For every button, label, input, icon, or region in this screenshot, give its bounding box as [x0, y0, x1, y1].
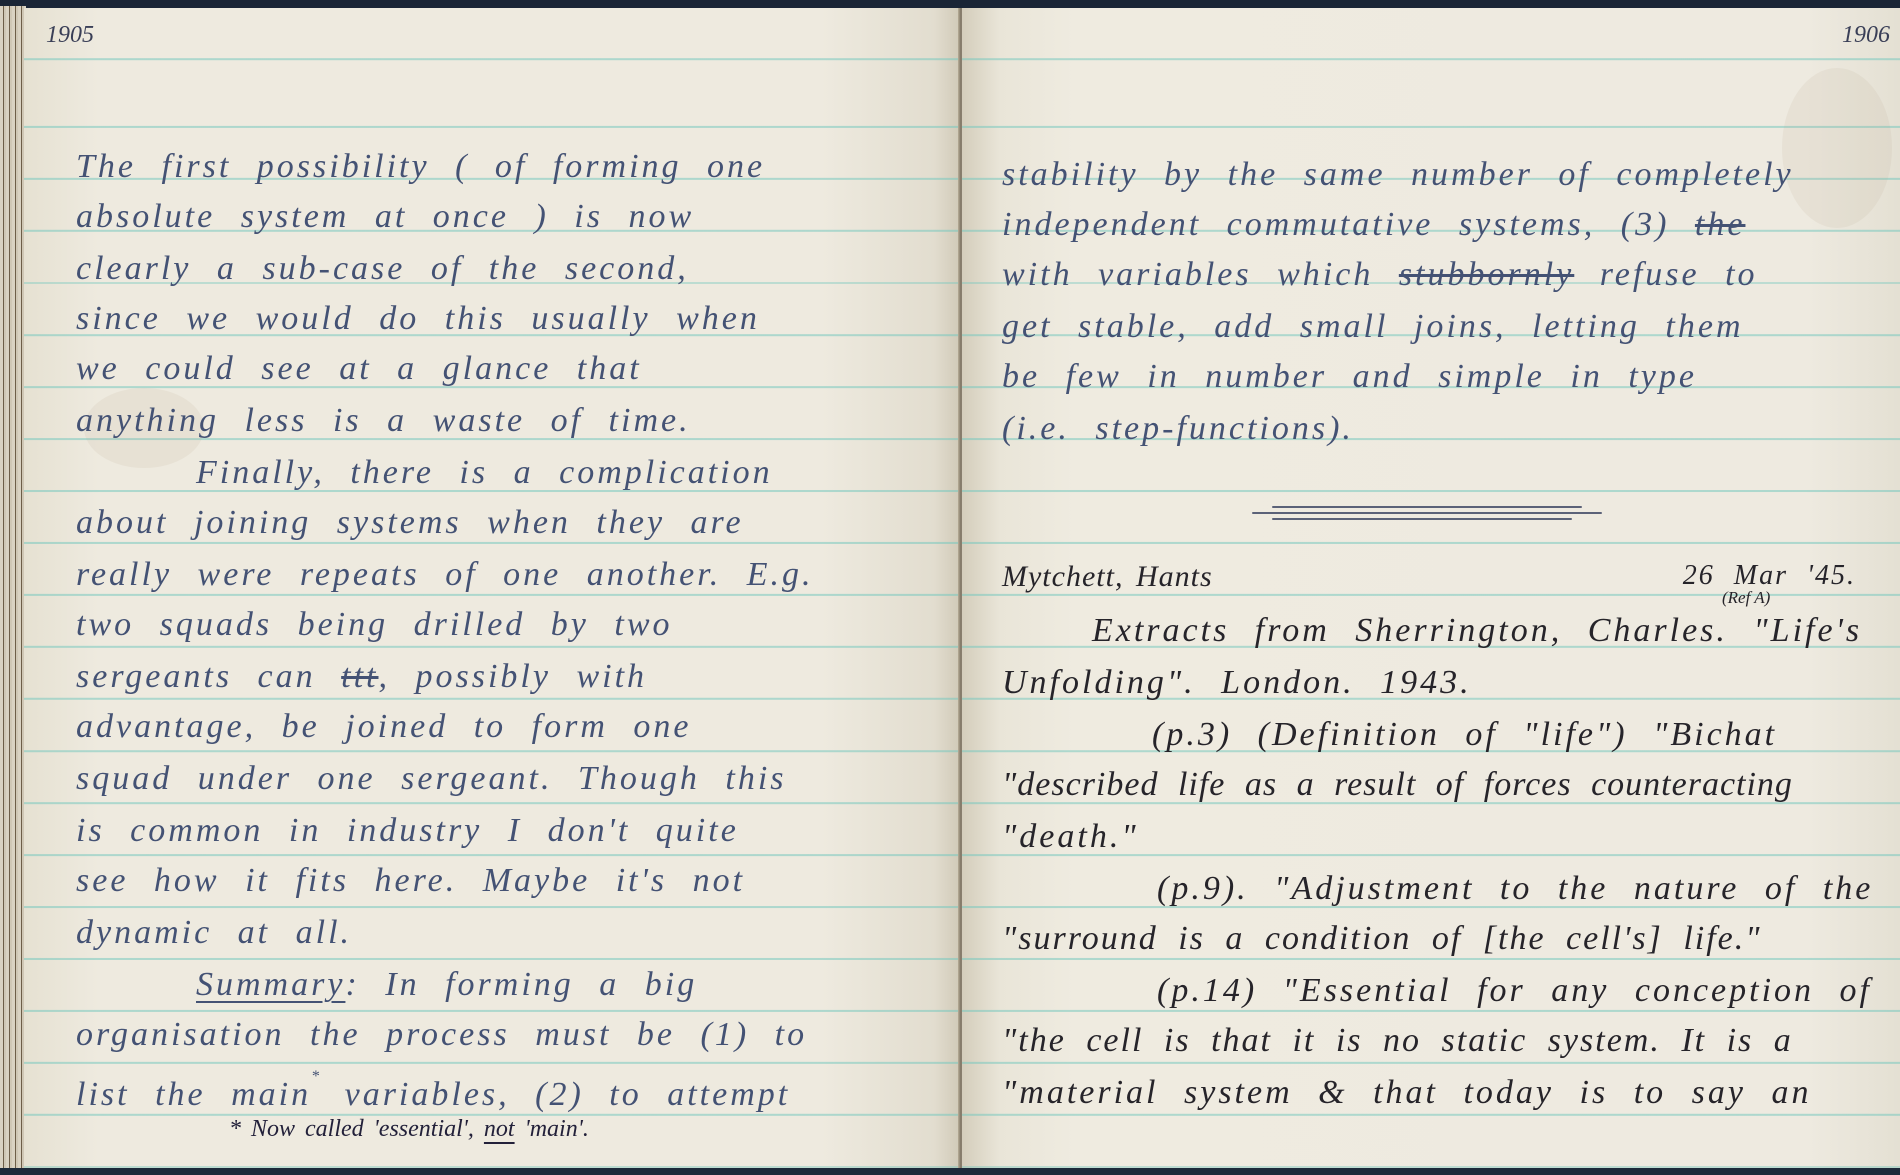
text-fragment: refuse to	[1600, 256, 1758, 293]
text-line: "described life as a result of forces co…	[1002, 766, 1793, 804]
text-fragment: independent commutative systems, (3)	[1002, 206, 1669, 243]
text-line: The first possibility ( of forming one	[76, 148, 765, 186]
text-fragment: In forming a big	[385, 966, 697, 1003]
text-line: stability by the same number of complete…	[1002, 156, 1794, 194]
text-fragment: variables, (2) to attempt	[345, 1076, 791, 1113]
text-line: with variables which stubbornly refuse t…	[1002, 256, 1758, 294]
left-page: 1905 The first possibility ( of forming …	[24, 8, 962, 1168]
text-line: (p.9). "Adjustment to the nature of the	[1002, 870, 1873, 908]
entry-location: Mytchett, Hants	[1002, 560, 1213, 594]
text-line: absolute system at once ) is now	[76, 198, 694, 236]
footnote-text: Now called 'essential',	[251, 1116, 484, 1142]
page-stack-edge	[0, 6, 26, 1168]
footnote: * Now called 'essential', not 'main'.	[229, 1116, 589, 1143]
text-line: squad under one sergeant. Though this	[76, 760, 787, 798]
text-line: Extracts from Sherrington, Charles. "Lif…	[1002, 612, 1862, 650]
footnote-emphasis: not	[484, 1116, 515, 1142]
text-line: dynamic at all.	[76, 914, 352, 952]
text-line: (p.3) (Definition of "life") "Bichat	[1002, 716, 1777, 754]
text-fragment: with variables which	[1002, 256, 1373, 293]
struck-word: the	[1695, 206, 1746, 243]
text-line: since we would do this usually when	[76, 300, 760, 338]
summary-line: Summary: In forming a big	[76, 966, 697, 1004]
notebook-spread: 1905 The first possibility ( of forming …	[0, 0, 1900, 1175]
text-line: sergeants can ttt, possibly with	[76, 658, 647, 696]
text-line: advantage, be joined to form one	[76, 708, 691, 746]
struck-word: stubbornly	[1399, 256, 1574, 293]
text-line: clearly a sub-case of the second,	[76, 250, 689, 288]
summary-heading: Summary	[196, 966, 345, 1003]
text-line: be few in number and simple in type	[1002, 358, 1697, 396]
page-number: 1906	[1842, 22, 1890, 49]
text-line: two squads being drilled by two	[76, 606, 673, 644]
text-line: see how it fits here. Maybe it's not	[76, 862, 745, 900]
text-fragment: sergeants can	[76, 658, 316, 695]
text-line: Unfolding". London. 1943.	[1002, 664, 1472, 702]
asterisk-marker: *	[311, 1068, 319, 1085]
text-line: organisation the process must be (1) to	[76, 1016, 807, 1054]
page-number: 1905	[46, 22, 94, 49]
text-fragment: list the main	[76, 1076, 311, 1113]
paper-stain	[1782, 68, 1892, 228]
text-line: "material system & that today is to say …	[1002, 1074, 1811, 1112]
text-line: independent commutative systems, (3) the	[1002, 206, 1745, 244]
colon: :	[345, 966, 359, 1003]
reference-note: (Ref A)	[1722, 588, 1770, 608]
text-line: get stable, add small joins, letting the…	[1002, 308, 1744, 346]
text-line: anything less is a waste of time.	[76, 402, 691, 440]
text-line: (i.e. step-functions).	[1002, 410, 1354, 448]
text-line: "the cell is that it is no static system…	[1002, 1022, 1793, 1060]
right-page: 1906 stability by the same number of com…	[962, 8, 1900, 1168]
text-line: really were repeats of one another. E.g.	[76, 556, 814, 594]
text-fragment: , possibly with	[379, 658, 648, 695]
text-line: we could see at a glance that	[76, 350, 642, 388]
text-line: (p.14) "Essential for any conception of	[1002, 972, 1872, 1010]
text-line: "surround is a condition of [the cell's]…	[1002, 920, 1762, 958]
footnote-marker: *	[229, 1116, 241, 1142]
text-line: "death."	[1002, 818, 1139, 856]
text-line: is common in industry I don't quite	[76, 812, 739, 850]
text-line: Finally, there is a complication	[76, 454, 773, 492]
text-line: list the main* variables, (2) to attempt	[76, 1068, 790, 1114]
cover-edge	[0, 0, 1900, 8]
struck-word: ttt	[341, 658, 378, 695]
section-divider	[1252, 506, 1602, 520]
text-line: about joining systems when they are	[76, 504, 744, 542]
footnote-text: 'main'.	[515, 1116, 589, 1142]
